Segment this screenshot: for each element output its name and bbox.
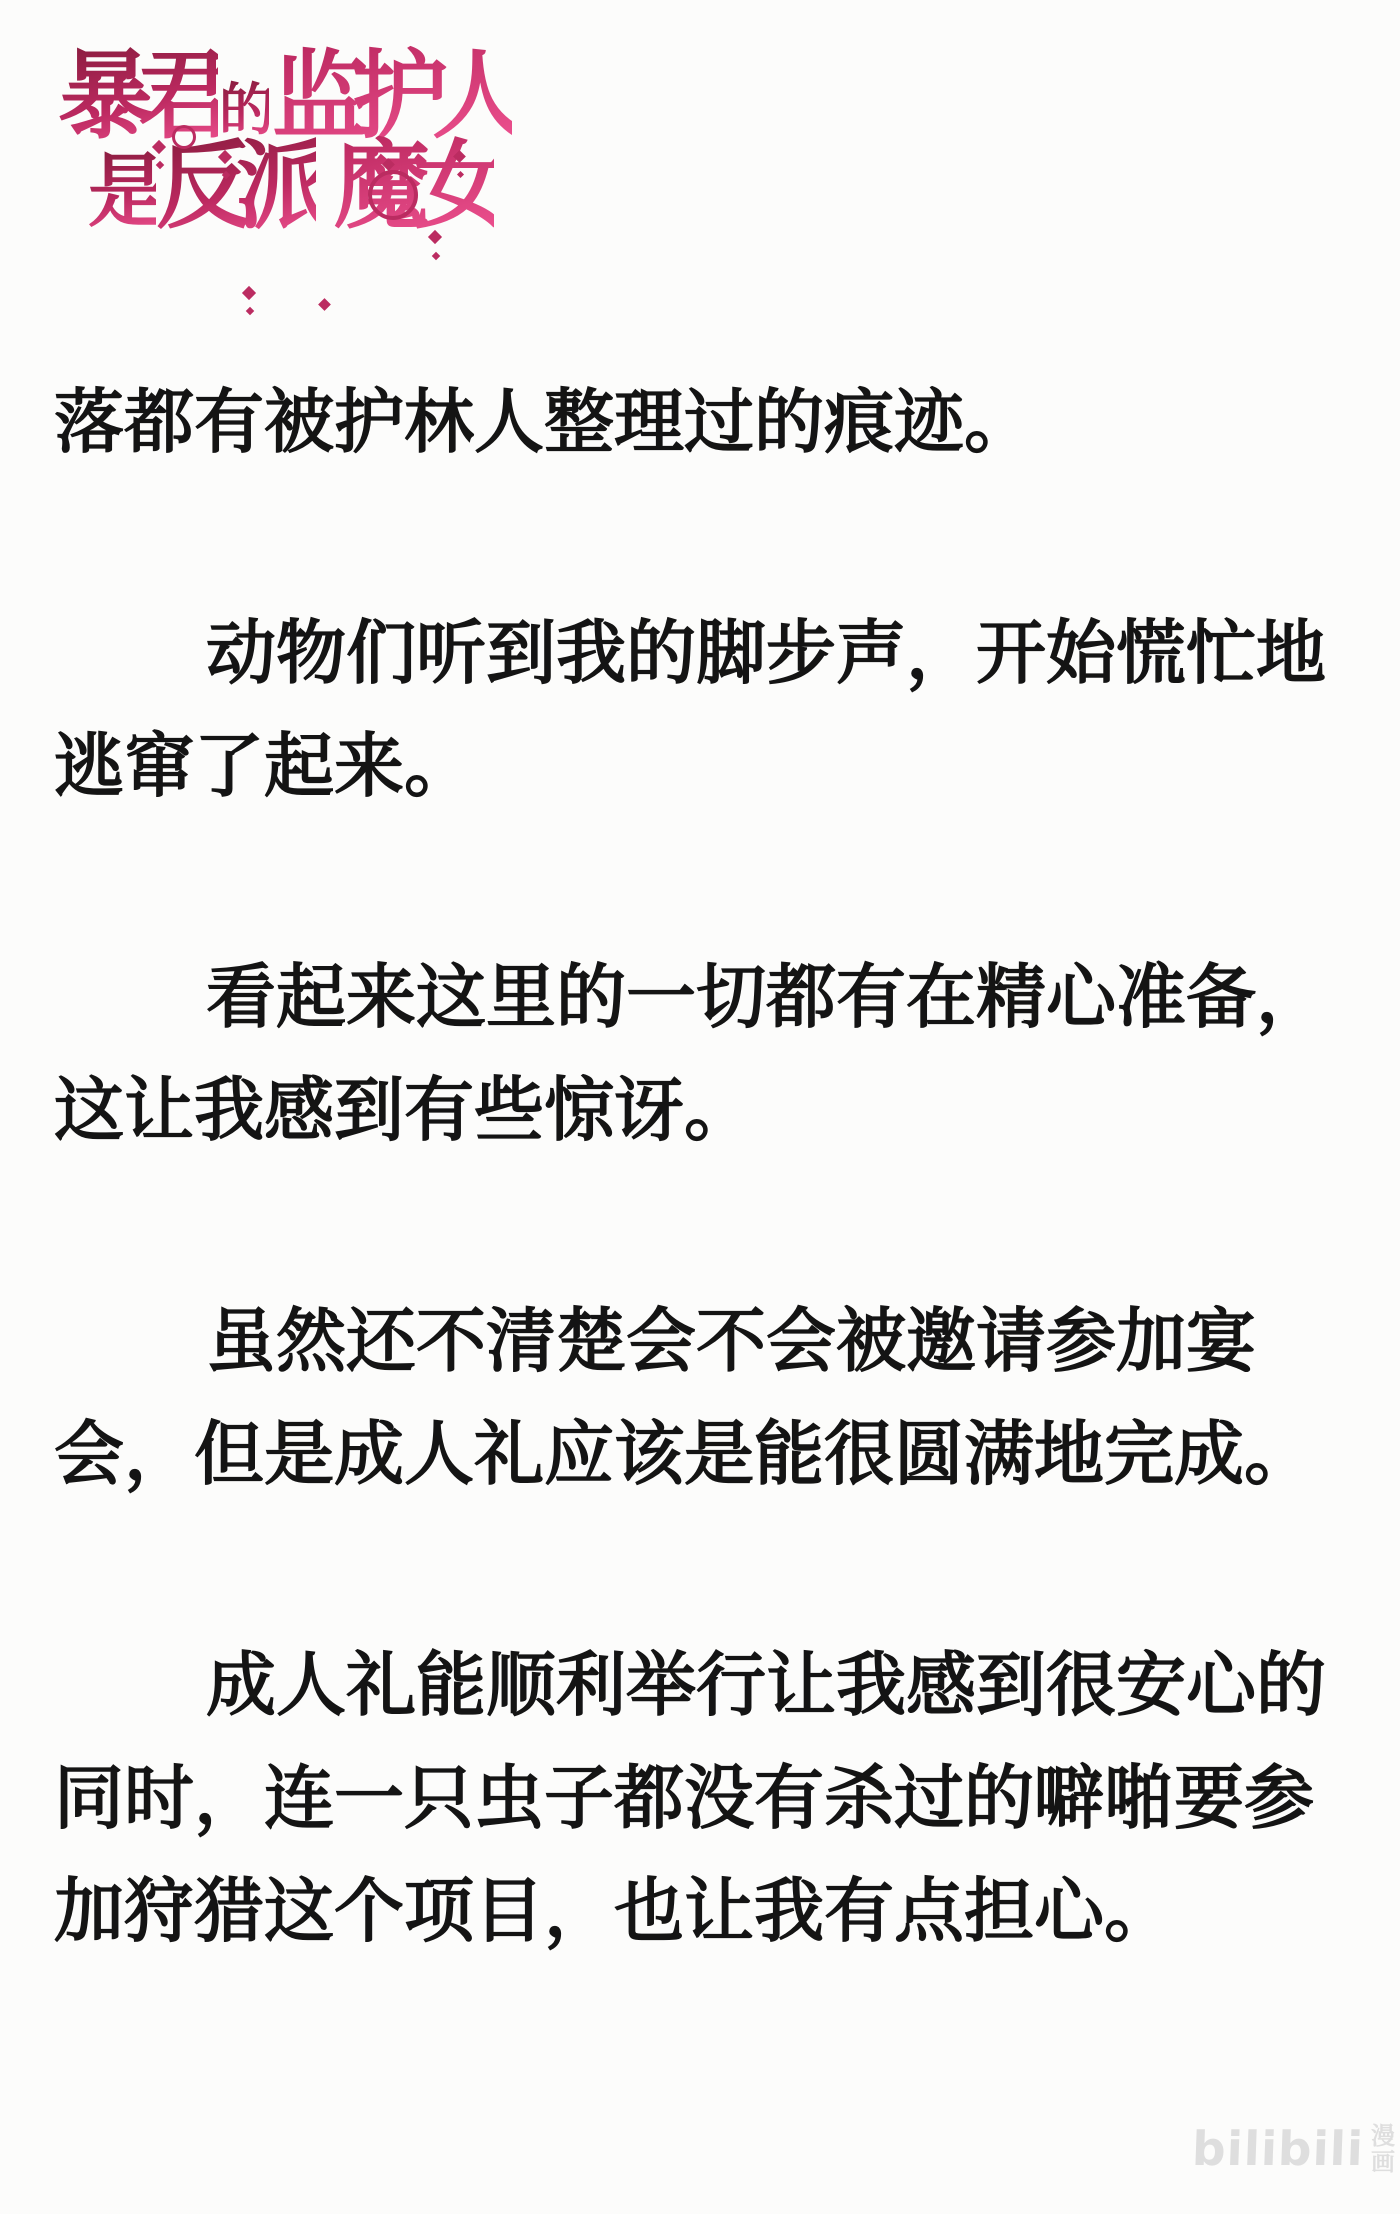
paragraph: 动物们听到我的脚步声，开始慌忙地逃窜了起来。	[54, 597, 1380, 823]
manhua-badge-bottom: 画	[1371, 2150, 1395, 2176]
series-logo-line1: 暴君的监护人	[58, 48, 548, 146]
diamond-ornament-icon	[432, 252, 440, 260]
text-line: 看起来这里的一切都有在精心准备，	[54, 941, 1380, 1054]
logo-text: 反派	[156, 133, 316, 240]
paragraph: 看起来这里的一切都有在精心准备，这让我感到有些惊讶。	[54, 941, 1380, 1167]
novel-text: 落都有被护林人整理过的痕迹。动物们听到我的脚步声，开始慌忙地逃窜了起来。看起来这…	[54, 366, 1380, 2086]
circle-ornament-icon	[368, 170, 418, 220]
paragraph: 落都有被护林人整理过的痕迹。	[54, 366, 1380, 479]
text-line: 成人礼能顺利举行让我感到很安心的	[54, 1629, 1380, 1742]
manhua-badge-top: 漫	[1371, 2124, 1395, 2150]
diamond-ornament-icon	[242, 286, 256, 300]
paragraph: 成人礼能顺利举行让我感到很安心的同时，连一只虫子都没有杀过的噼啪要参加狩猎这个项…	[54, 1629, 1380, 1968]
paragraph: 虽然还不清楚会不会被邀请参加宴会，但是成人礼应该是能很圆满地完成。	[54, 1285, 1380, 1511]
bilibili-watermark: bilibili 漫 画	[1192, 2124, 1395, 2173]
text-line: 加狩猎这个项目，也让我有点担心。	[54, 1855, 1380, 1968]
bilibili-logo: bilibili	[1191, 2126, 1365, 2173]
text-line: 虽然还不清楚会不会被邀请参加宴	[54, 1285, 1380, 1398]
text-line: 会，但是成人礼应该是能很圆满地完成。	[54, 1398, 1380, 1511]
text-line: 落都有被护林人整理过的痕迹。	[54, 366, 1380, 479]
diamond-ornament-icon	[246, 307, 254, 315]
logo-text-mid: 是	[88, 149, 156, 237]
series-logo: 暴君的监护人 是反派魔女	[58, 48, 548, 318]
text-line: 这让我感到有些惊讶。	[54, 1054, 1380, 1167]
text-line: 逃窜了起来。	[54, 710, 1380, 823]
text-line: 同时，连一只虫子都没有杀过的噼啪要参	[54, 1742, 1380, 1855]
manhua-badge: 漫 画	[1371, 2124, 1395, 2176]
diamond-ornament-icon	[318, 298, 331, 311]
text-line: 动物们听到我的脚步声，开始慌忙地	[54, 597, 1380, 710]
circle-ornament-icon	[172, 125, 196, 149]
